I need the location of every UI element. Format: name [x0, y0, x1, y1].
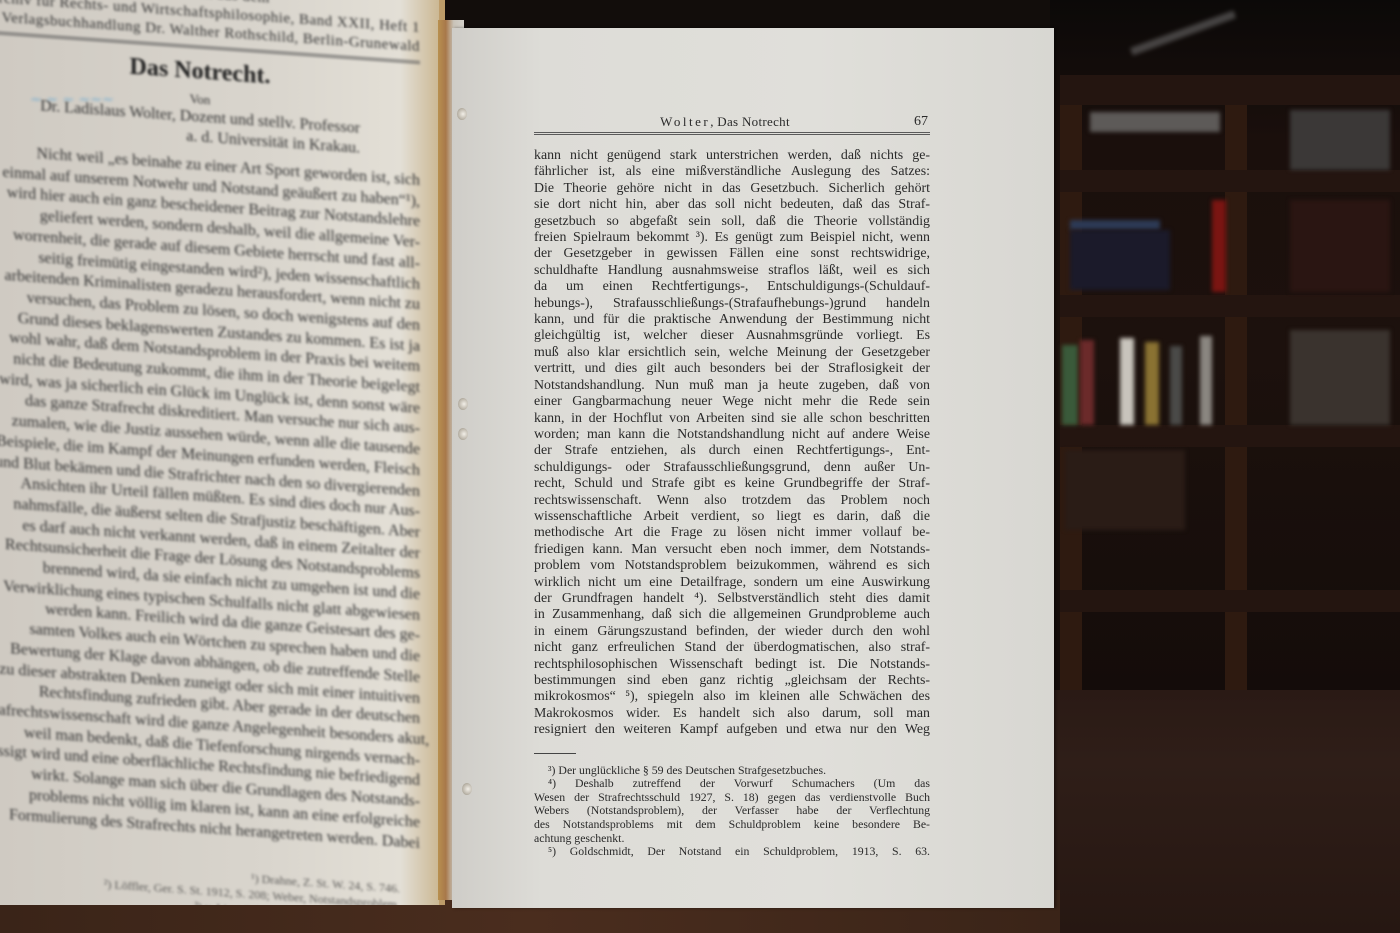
footnote-4: ⁴) Deshalb zutreffend der Vorwurf Schuma… — [534, 777, 930, 791]
text-line: kann, und für die praktische Anwendung d… — [534, 312, 930, 328]
book-spine — [1070, 220, 1160, 230]
text-line: freien Spielraum bekommt ³). Es genügt z… — [534, 230, 930, 246]
text-line: sie dort nicht hin, aber das soll nicht … — [534, 197, 930, 213]
book-spine — [1212, 200, 1226, 292]
running-head-work: , Das Notrecht — [710, 114, 790, 129]
book-spine — [1170, 346, 1182, 425]
text-line: problem vom Notstandsproblem beizukommen… — [534, 558, 930, 574]
footnote-marker: ³) — [548, 763, 555, 777]
running-head: Wolter, Das Notrecht 67 — [534, 114, 930, 135]
table-surface — [1050, 690, 1400, 933]
text-line: resigniert den weiteren Kampf aufgeben u… — [534, 722, 930, 738]
shelf-plank — [1060, 590, 1400, 612]
book-spine — [1200, 336, 1212, 425]
book-spine — [1070, 230, 1170, 290]
text-line: wirklich nicht um eine Detailfrage, sond… — [534, 575, 930, 591]
footnote-text: Goldschmidt, Der Notstand ein Schuldprob… — [570, 844, 930, 858]
shelf-plank — [1060, 295, 1400, 317]
footnote-text-line: Wesen der Strafrechtsschuld 1927, S. 18)… — [534, 791, 930, 805]
text-line: vertritt, und dies gilt auch besonders b… — [534, 361, 930, 377]
text-line: rechtsphilosophischen Wissenschaft bedin… — [534, 657, 930, 673]
text-line: gesetzbuch so abgefaßt sein soll, daß di… — [534, 214, 930, 230]
staple-hole — [457, 108, 467, 120]
text-line: in einem Gärungszustand befinden, der wi… — [534, 624, 930, 640]
text-line: muß also klar ersichtlich sein, welche M… — [534, 345, 930, 361]
text-line: hebungs-), Strafausschließungs-(Strafauf… — [534, 296, 930, 312]
book-spine — [1120, 338, 1134, 425]
footnote-text-line: achtung geschenkt. — [534, 832, 930, 846]
text-line: der Strafe entziehen, als durch einen Re… — [534, 443, 930, 459]
book-spine — [1090, 112, 1220, 132]
text-line: Notstandshandlung. Nun muß man ja heute … — [534, 378, 930, 394]
text-line: nicht ganz erfreulichen Stand der überdo… — [534, 640, 930, 656]
text-line: kann nicht genügend stark unterstrichen … — [534, 148, 930, 164]
staple-hole — [458, 398, 468, 410]
text-line: rechtswissenschaft. Wenn also trotzdem d… — [534, 493, 930, 509]
footnote-text: Deshalb zutreffend der Vorwurf Schumache… — [575, 776, 930, 790]
text-line: in Zusammenhang, daß sich die allgemeine… — [534, 607, 930, 623]
text-line: schuldhafte Handlung ausnahmsweise straf… — [534, 263, 930, 279]
text-line: bestimmungen sind eben ganz richtig „gle… — [534, 673, 930, 689]
text-line: Die Theorie gehöre nicht in das Gesetzbu… — [534, 181, 930, 197]
book-spine — [1145, 342, 1159, 425]
text-line: worden; man kann die Notstandshandlung n… — [534, 427, 930, 443]
text-line: wissenschaftliche Arbeit verdient, so li… — [534, 509, 930, 525]
text-line: methodische Art die Frage zu lösen nicht… — [534, 525, 930, 541]
text-line: recht, Schuld und Strafe gibt es keine G… — [534, 476, 930, 492]
text-line: Makrokosmos wider. Es handelt sich also … — [534, 706, 930, 722]
right-page-body: kann nicht genügend stark unterstrichen … — [534, 148, 930, 739]
right-page-footnotes: ³) Der unglückliche § 59 des Deutschen S… — [534, 764, 930, 859]
shelf-plank — [1060, 170, 1400, 192]
footnote-marker: ⁴) — [548, 776, 556, 790]
running-head-title: Wolter, Das Notrecht — [536, 114, 914, 130]
page-number: 67 — [914, 114, 928, 130]
shelf-plank — [1060, 425, 1400, 447]
left-page-body: Nicht weil „es beinahe zu einer Art Spor… — [0, 140, 420, 854]
text-line: schuldigungs- oder Strafausschließungsgr… — [534, 460, 930, 476]
footnote-5: ⁵) Goldschmidt, Der Notstand ein Schuldp… — [534, 845, 930, 859]
right-page-content: Wolter, Das Notrecht 67 kann nicht genüg… — [534, 114, 930, 859]
footnote-marker: ⁵) — [548, 844, 556, 858]
text-line: fährlicher ist, als eine mißverständlich… — [534, 164, 930, 180]
footnote-rule — [534, 753, 576, 754]
text-line: mikrokosmos“ ⁵), spiegeln also im kleine… — [534, 689, 930, 705]
text-line: kann, in der Hochflut von Arbeiten sind … — [534, 411, 930, 427]
handwritten-note: ~ ~ ~ ~~~ — [30, 92, 114, 108]
left-page-footnotes: ¹) Drahne, Z. St. W. 24, S. 746. ²) Löff… — [0, 851, 420, 905]
text-line: da um einen Rechtfertigungs-, Entschuldi… — [534, 279, 930, 295]
book-spine — [1290, 200, 1390, 292]
left-page: Sonderdruck aus dem Archiv für Rechts- u… — [0, 0, 445, 905]
footnote-text: Der unglückliche § 59 des Deutschen Stra… — [558, 763, 826, 777]
book-spine — [1065, 450, 1185, 530]
text-line: gleichgültig ist, welcher dieser Ausnahm… — [534, 328, 930, 344]
footnote-text-line: des Notstandsproblems mit dem Schuldprob… — [534, 818, 930, 832]
text-line: der Grundfragen handelt ⁴). Selbstverstä… — [534, 591, 930, 607]
book-spine — [1080, 340, 1094, 425]
right-page: Wolter, Das Notrecht 67 kann nicht genüg… — [452, 28, 1054, 908]
book-spine — [1062, 345, 1078, 425]
text-line: friedigen kann. Man versucht eben noch i… — [534, 542, 930, 558]
text-line: der Gesetzgeber in gewissen Fällen eine … — [534, 246, 930, 262]
staple-hole — [462, 783, 472, 795]
footnote-3: ³) Der unglückliche § 59 des Deutschen S… — [534, 764, 930, 778]
footnote-text-line: Webers (Notstandsproblem), der Verfasser… — [534, 804, 930, 818]
book-spine — [1290, 330, 1390, 425]
running-head-author: Wolter — [660, 114, 710, 129]
text-line: einer Gangbarmachung neuer Wege nicht me… — [534, 394, 930, 410]
staple-hole — [458, 428, 468, 440]
shelf-plank — [1060, 75, 1400, 105]
left-page-content: Sonderdruck aus dem Archiv für Rechts- u… — [0, 0, 420, 905]
book-spine — [1290, 110, 1390, 170]
